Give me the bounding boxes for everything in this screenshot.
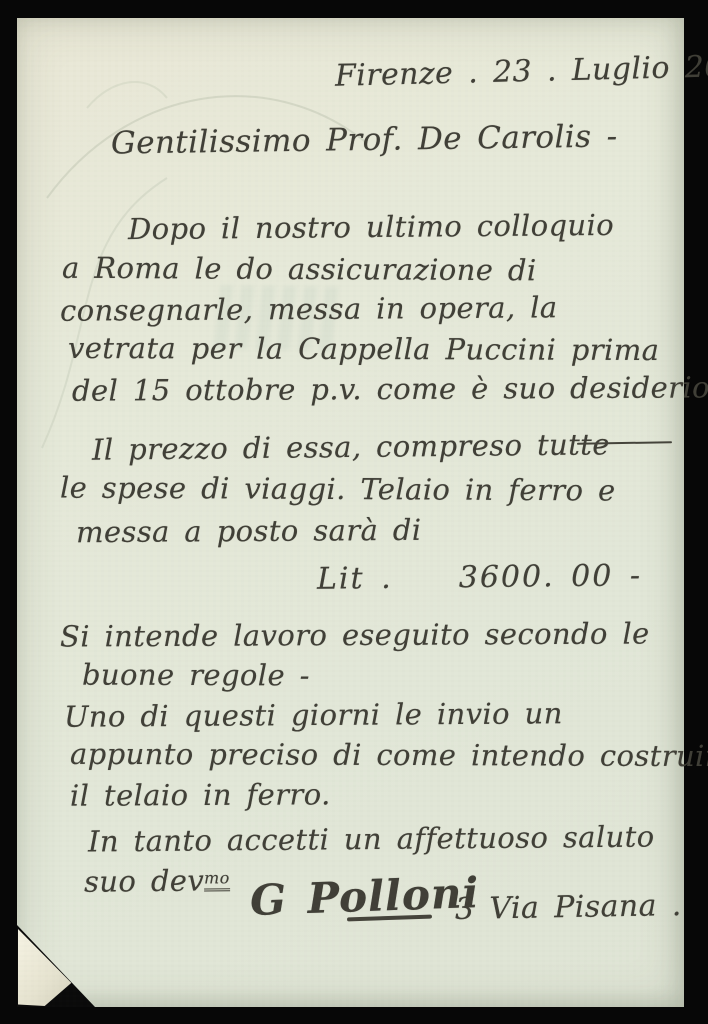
letter-line: buone regole - — [82, 658, 310, 693]
letter-line: consegnarle, messa in opera, la — [60, 290, 558, 327]
letter-line: le spese di viaggi. Telaio in ferro e — [60, 471, 616, 508]
letter-line: In tanto accetti un affettuoso saluto — [88, 820, 655, 859]
letter-line: Si intende lavoro eseguito secondo le — [60, 616, 650, 653]
letter-line: vetrata per la Cappella Puccini prima — [68, 331, 659, 367]
sender-address: 3 Via Pisana . — [455, 888, 682, 927]
closing-line: suo devmo — [84, 863, 230, 899]
date-line: Firenze . 23 . Luglio 26 — [335, 49, 708, 93]
letter-line: Il prezzo di essa, compreso tutte — [92, 427, 610, 466]
letter-line: del 15 ottobre p.v. come è suo desiderio… — [72, 370, 708, 407]
closing-text: suo dev — [84, 864, 205, 899]
price-line: Lit . 3600. 00 - — [317, 558, 642, 596]
letter-line: a Roma le do assicurazione di — [62, 251, 537, 287]
letter-line: Dopo il nostro ultimo colloquio — [128, 208, 614, 246]
pen-flourish — [577, 441, 672, 445]
letter-line: Uno di questi giorni le invio un — [64, 696, 563, 733]
letter-line: appunto preciso di come intendo costruir… — [70, 737, 708, 773]
salutation: Gentilissimo Prof. De Carolis - — [111, 118, 618, 161]
letter-line: messa a posto sarà di — [76, 513, 422, 549]
letter-page: Firenze . 23 . Luglio 26 Gentilissimo Pr… — [17, 18, 684, 1007]
scan-background: Firenze . 23 . Luglio 26 Gentilissimo Pr… — [0, 0, 708, 1024]
letter-line: il telaio in ferro. — [70, 777, 331, 812]
closing-superscript: mo — [204, 868, 230, 891]
